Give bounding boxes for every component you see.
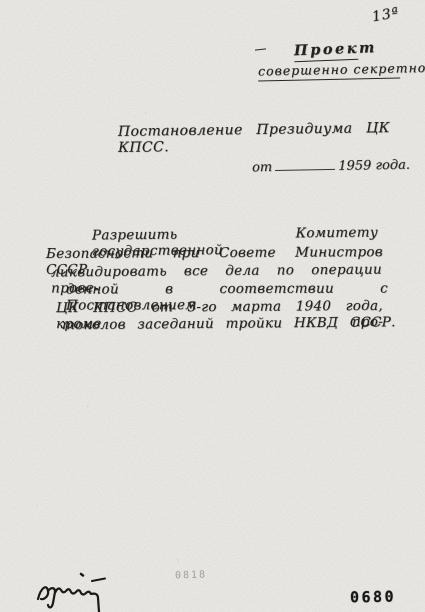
ink-scribble-icon — [399, 12, 421, 26]
page-number-stamp: 0680 — [350, 588, 396, 607]
faint-stamp: 0818 — [175, 569, 207, 581]
handwritten-signature — [32, 572, 122, 612]
sheet-number: 13ª — [371, 5, 401, 26]
date-year: 1959 года. — [338, 158, 410, 174]
date-line: от 1959 года. — [252, 157, 410, 176]
blank-date-rule — [275, 158, 335, 171]
ink-dash — [255, 48, 266, 50]
scanned-document-page: 13ª Проект совершенно секретно Постановл… — [0, 0, 425, 612]
classification-label: совершенно секретно — [258, 61, 400, 82]
document-heading: Постановление Президиума ЦК КПСС. — [118, 120, 390, 156]
document-title: Проект — [294, 40, 359, 62]
body-line: токолов заседаний тройки НКВД СССР. — [62, 315, 332, 333]
date-prefix: от — [252, 160, 272, 175]
